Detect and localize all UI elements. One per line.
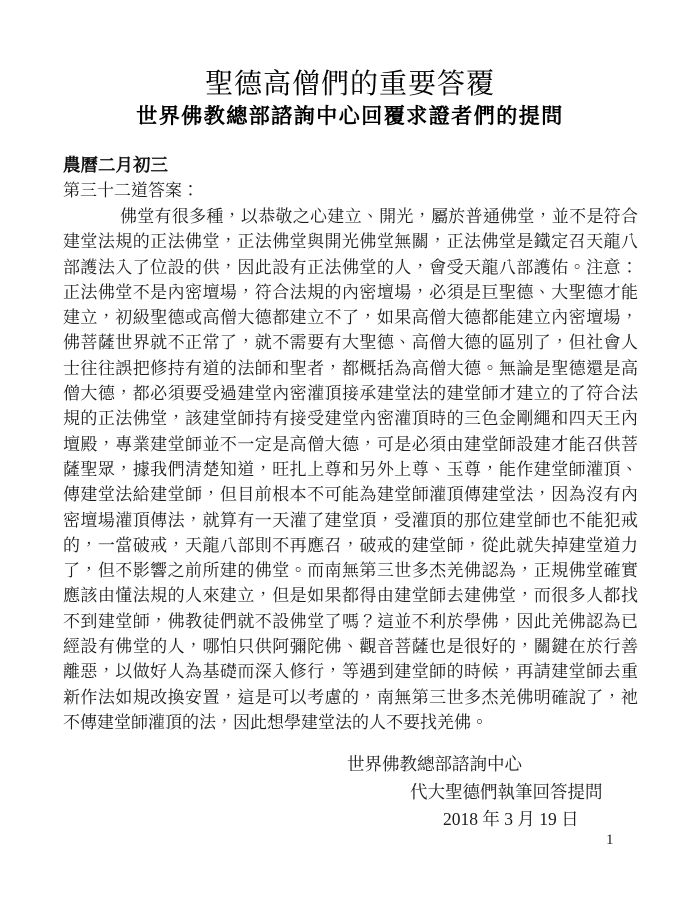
body-line: 薩聖眾，據我們清楚知道，旺扎上尊和另外上尊、玉尊，能作建堂師灌頂、: [63, 457, 638, 482]
signature-date: 2018 年 3 月 19 日: [443, 808, 579, 830]
body-line: 應該由懂法規的人來建立，但是如果都得由建堂師去建佛堂，而很多人都找: [63, 583, 638, 608]
document-title: 聖德高僧們的重要答覆: [0, 62, 700, 102]
body-line: 正法佛堂不是內密壇場，符合法規的內密壇場，必須是巨聖德、大聖德才能: [63, 280, 638, 305]
document-page: 聖德高僧們的重要答覆 世界佛教總部諮詢中心回覆求證者們的提問 農曆二月初三 第三…: [0, 0, 700, 906]
body-line: 密壇場灌頂傳法，就算有一天灌了建堂頂，受灌頂的那位建堂師也不能犯戒: [63, 508, 638, 533]
signature-organization: 世界佛教總部諮詢中心: [347, 753, 522, 775]
body-line: 不到建堂師，佛教徒們就不設佛堂了嗎？這並不利於學佛，因此羌佛認為已: [63, 609, 638, 634]
body-line: 建立，初級聖德或高僧大德都建立不了，如果高僧大德都能建立內密壇場，: [63, 305, 638, 330]
body-line: 的，一當破戒，天龍八部則不再應召，破戒的建堂師，從此就失掉建堂道力: [63, 533, 638, 558]
signature-author: 代大聖德們執筆回答提問: [410, 781, 603, 803]
body-line: 佛堂有很多種，以恭敬之心建立、開光，屬於普通佛堂，並不是符合: [63, 204, 638, 229]
body-line: 規的正法佛堂，該建堂師持有接受建堂內密灌頂時的三色金剛繩和四天王內: [63, 406, 638, 431]
body-line: 壇殿，專業建堂師並不一定是高僧大德，可是必須由建堂師設建才能召供菩: [63, 432, 638, 457]
body-line: 士往往誤把修持有道的法師和聖者，都概括為高僧大德。無論是聖德還是高: [63, 356, 638, 381]
body-paragraph: 佛堂有很多種，以恭敬之心建立、開光，屬於普通佛堂，並不是符合建堂法規的正法佛堂，…: [63, 204, 638, 735]
body-line: 佛菩薩世界就不正常了，就不需要有大聖德、高僧大德的區別了，但社會人: [63, 330, 638, 355]
document-subtitle: 世界佛教總部諮詢中心回覆求證者們的提問: [0, 100, 700, 130]
lunar-date-heading: 農曆二月初三: [63, 153, 168, 178]
body-line: 新作法如規改換安置，這是可以考慮的，南無第三世多杰羌佛明確說了，祂: [63, 685, 638, 710]
body-line: 了，但不影響之前所建的佛堂。而南無第三世多杰羌佛認為，正規佛堂確實: [63, 558, 638, 583]
answer-number-label: 第三十二道答案：: [63, 178, 199, 203]
body-line: 僧大德，都必須要受過建堂內密灌頂接承建堂法的建堂師才建立的了符合法: [63, 381, 638, 406]
body-line: 建堂法規的正法佛堂，正法佛堂與開光佛堂無關，正法佛堂是鐵定召天龍八: [63, 229, 638, 254]
body-line: 傳建堂法給建堂師，但目前根本不可能為建堂師灌頂傳建堂法，因為沒有內: [63, 482, 638, 507]
body-line: 部護法入了位設的供，因此設有正法佛堂的人，會受天龍八部護佑。注意：: [63, 255, 638, 280]
page-number: 1: [606, 832, 614, 849]
body-line: 不傳建堂師灌頂的法，因此想學建堂法的人不要找羌佛。: [63, 710, 638, 735]
body-line: 離惡，以做好人為基礎而深入修行，等遇到建堂師的時候，再請建堂師去重: [63, 659, 638, 684]
body-line: 經設有佛堂的人，哪怕只供阿彌陀佛、觀音菩薩也是很好的，關鍵在於行善: [63, 634, 638, 659]
